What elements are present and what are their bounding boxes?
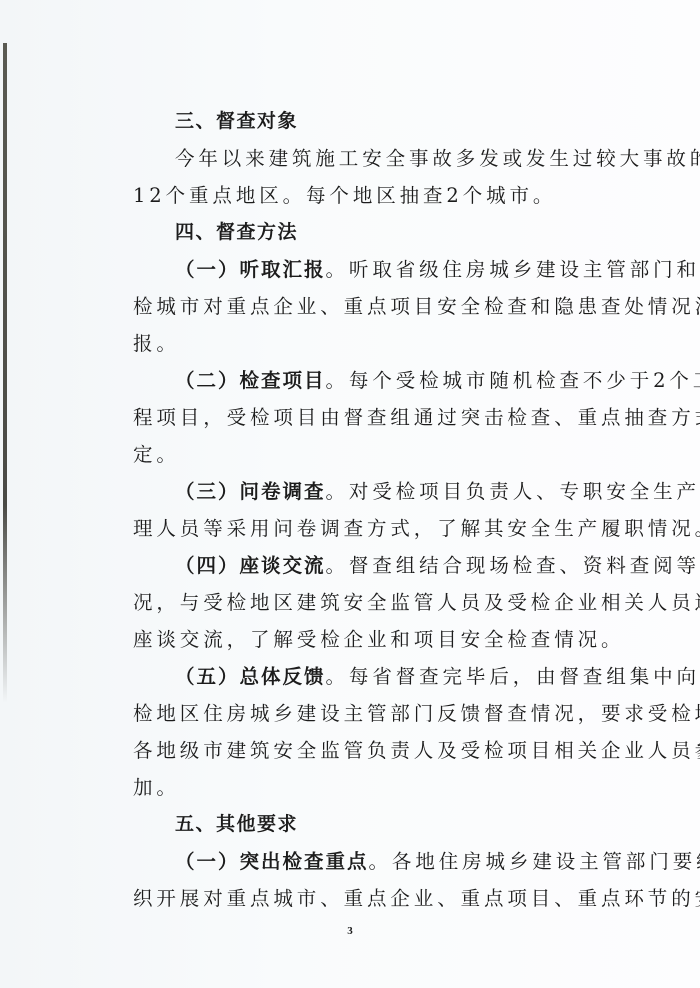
paragraph-line: 检地区住房城乡建设主管部门反馈督查情况，要求受检地区 xyxy=(133,695,605,732)
paragraph-line: 定。 xyxy=(133,436,605,473)
item-first-line: （一）突出检查重点。各地住房城乡建设主管部门要组 xyxy=(133,843,605,880)
section-heading-3: 三、督查对象 xyxy=(133,103,605,140)
item-label: （一）听取汇报 xyxy=(175,258,326,281)
scan-edge-shadow xyxy=(3,43,7,703)
item-label: （五）总体反馈 xyxy=(175,665,326,688)
paragraph-line: 况，与受检地区建筑安全监管人员及受检企业相关人员进行 xyxy=(133,584,605,621)
item-first-line: （五）总体反馈。每省督查完毕后，由督查组集中向受 xyxy=(133,658,605,695)
section-heading-4: 四、督查方法 xyxy=(133,214,605,251)
document-body: 三、督查对象 今年以来建筑施工安全事故多发或发生过较大事故的 12个重点地区。每… xyxy=(133,103,605,917)
item-label: （二）检查项目 xyxy=(175,369,326,392)
item-text: 。对受检项目负责人、专职安全生产管 xyxy=(326,480,700,503)
item-text: 。每个受检城市随机检查不少于2个工 xyxy=(326,369,700,392)
paragraph-line: 加。 xyxy=(133,769,605,806)
paragraph-line: 座谈交流，了解受检企业和项目安全检查情况。 xyxy=(133,621,605,658)
paragraph-line: 报。 xyxy=(133,325,605,362)
item-label: （一）突出检查重点 xyxy=(175,850,369,873)
paragraph-line: 12个重点地区。每个地区抽查2个城市。 xyxy=(133,177,605,214)
paragraph-line: 今年以来建筑施工安全事故多发或发生过较大事故的 xyxy=(133,140,605,177)
page-number: 3 xyxy=(0,925,700,937)
item-first-line: （四）座谈交流。督查组结合现场检查、资料查阅等情 xyxy=(133,547,605,584)
document-page: 三、督查对象 今年以来建筑施工安全事故多发或发生过较大事故的 12个重点地区。每… xyxy=(0,0,700,988)
paragraph-line: 织开展对重点城市、重点企业、重点项目、重点环节的安全 xyxy=(133,880,605,917)
paragraph-line: 检城市对重点企业、重点项目安全检查和隐患查处情况汇 xyxy=(133,288,605,325)
item-text: 。督查组结合现场检查、资料查阅等情 xyxy=(326,554,700,577)
paragraph-line: 程项目，受检项目由督查组通过突击检查、重点抽查方式确 xyxy=(133,399,605,436)
item-first-line: （二）检查项目。每个受检城市随机检查不少于2个工 xyxy=(133,362,605,399)
item-first-line: （三）问卷调查。对受检项目负责人、专职安全生产管 xyxy=(133,473,605,510)
paragraph-line: 理人员等采用问卷调查方式，了解其安全生产履职情况。 xyxy=(133,510,605,547)
item-label: （三）问卷调查 xyxy=(175,480,326,503)
paragraph-line: 各地级市建筑安全监管负责人及受检项目相关企业人员参 xyxy=(133,732,605,769)
item-text: 。各地住房城乡建设主管部门要组 xyxy=(369,850,700,873)
item-text: 。听取省级住房城乡建设主管部门和受 xyxy=(326,258,700,281)
item-text: 。每省督查完毕后，由督查组集中向受 xyxy=(326,665,700,688)
item-label: （四）座谈交流 xyxy=(175,554,326,577)
section-heading-5: 五、其他要求 xyxy=(133,806,605,843)
item-first-line: （一）听取汇报。听取省级住房城乡建设主管部门和受 xyxy=(133,251,605,288)
